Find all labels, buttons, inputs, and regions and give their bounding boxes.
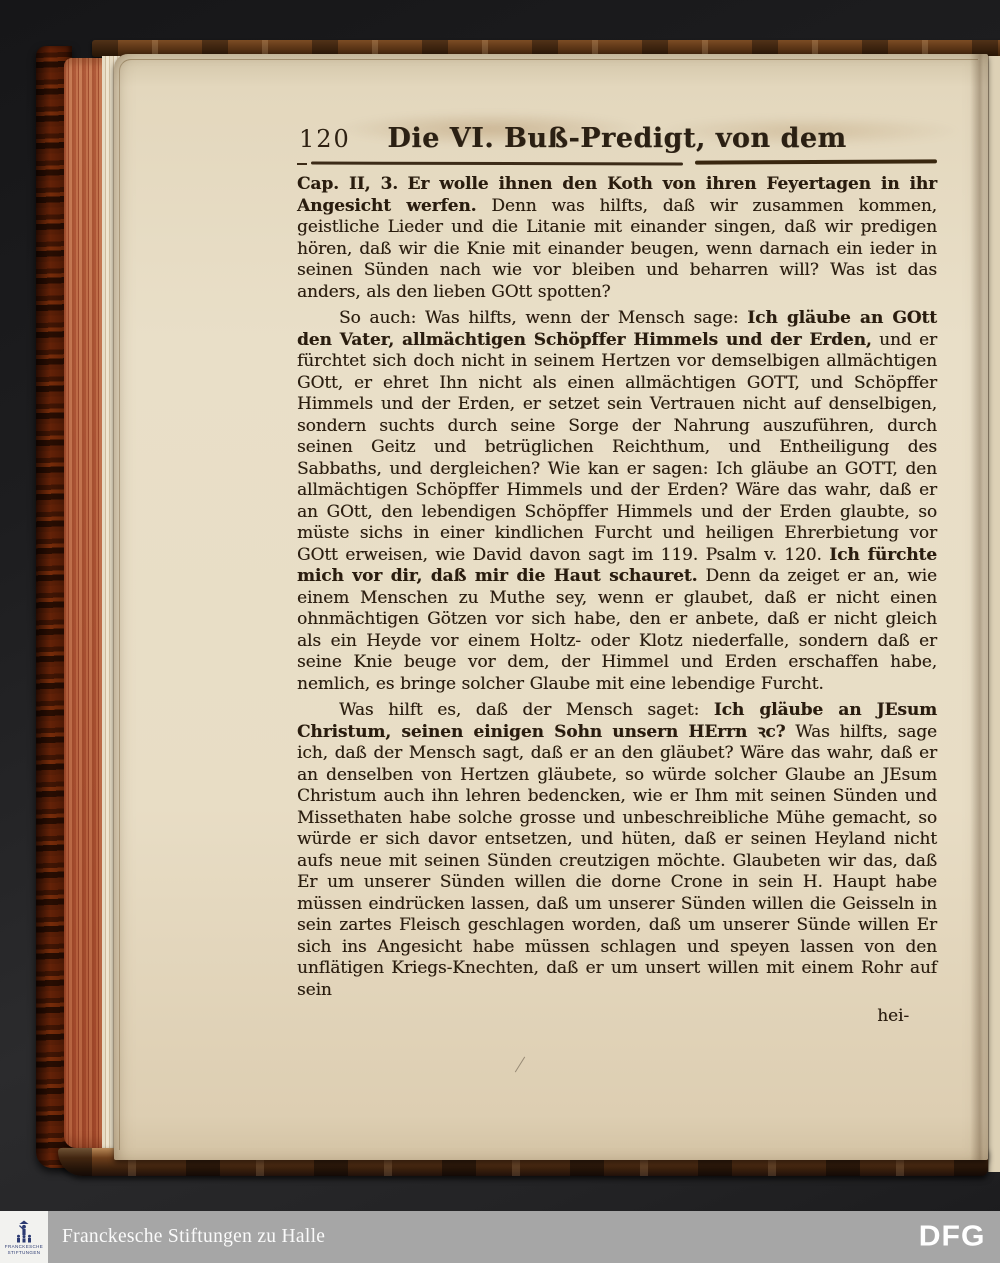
rule-segment-right [695, 159, 937, 164]
gutter-page-sliver [988, 56, 1000, 1172]
chapter-label: Cap. II, 3. [297, 174, 398, 194]
header-rule [297, 160, 937, 165]
sermon-text: Cap. II, 3. Er wolle ihnen den Koth von … [297, 174, 937, 1028]
text-run: So auch: Was hilfts, wenn der Mensch sag… [339, 308, 738, 328]
running-title: Die VI. Buß-Predigt, von dem [297, 123, 937, 154]
footer-bar: FRANCKESCHE STIFTUNGEN Franckesche Stift… [0, 1211, 1000, 1263]
franckesche-figure-icon [13, 1220, 35, 1243]
logo-text-line: FRANCKESCHE [5, 1244, 43, 1249]
text-run: und er fürchtet sich doch nicht in seine… [297, 330, 937, 565]
logo-text-line: STIFTUNGEN [8, 1250, 41, 1255]
page-content: 120 Die VI. Buß-Predigt, von dem Cap. II… [297, 112, 937, 1028]
paragraph: Was hilft es, daß der Mensch saget: Ich … [297, 700, 937, 1001]
rule-segment-left [311, 162, 683, 166]
digitized-book-viewer: 120 Die VI. Buß-Predigt, von dem Cap. II… [0, 0, 1000, 1263]
paragraph: So auch: Was hilfts, wenn der Mensch sag… [297, 308, 937, 695]
page-header: 120 Die VI. Buß-Predigt, von dem [297, 112, 937, 154]
franckesche-stiftungen-logo: FRANCKESCHE STIFTUNGEN [0, 1211, 48, 1263]
pencil-mark [515, 1057, 525, 1073]
scanned-page: 120 Die VI. Buß-Predigt, von dem Cap. II… [114, 54, 988, 1160]
paragraph: Cap. II, 3. Er wolle ihnen den Koth von … [297, 174, 937, 303]
text-run: Was hilfts, sage ich, daß der Mensch sag… [297, 722, 937, 1000]
rule-dash [297, 163, 307, 165]
institution-name: Franckesche Stiftungen zu Halle [62, 1226, 325, 1248]
text-run: Was hilft es, daß der Mensch saget: [339, 700, 699, 720]
catchword: hei- [297, 1006, 937, 1028]
dfg-logo: DFG [918, 1221, 985, 1254]
